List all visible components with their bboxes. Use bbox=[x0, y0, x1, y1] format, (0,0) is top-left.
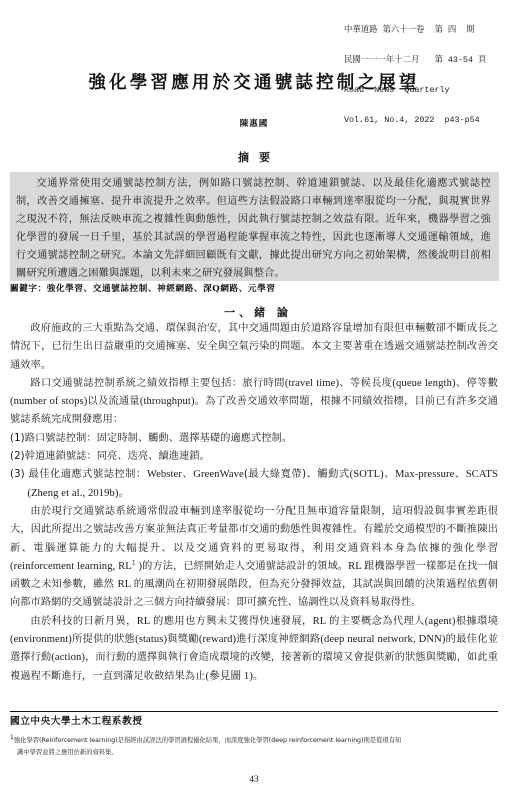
text-segment: 由於現行交通號誌系統通常假設車輛到達率服從均一分配且無車道容量限制，這項假設與事… bbox=[10, 506, 498, 554]
term-rl: RL bbox=[137, 616, 153, 627]
list-text: 路口號誌控制：固定時制、觸動、選擇基礎的適應式控制。 bbox=[25, 433, 292, 444]
term-sotl: (SOTL) bbox=[350, 469, 384, 480]
term-rl: RL bbox=[348, 561, 364, 572]
paragraph-4: 由於科技的日新月異，RL 的應用也方興未艾獲得快速發展，RL 的主要概念為代理人… bbox=[10, 613, 498, 686]
paragraph-3: 由於現行交通號誌系統通常假設車輛到達率服從均一分配且無車道容量限制，這項假設與事… bbox=[10, 503, 498, 613]
term-reinforcement-learning: (reinforcement learning, RL bbox=[10, 561, 132, 572]
text-segment: 的方法，已經開始走人交通號誌設計的領域。 bbox=[142, 561, 348, 572]
text-segment: 、等候長度 bbox=[339, 378, 392, 389]
list-number: (3) bbox=[10, 469, 29, 480]
abstract-box: 交通界常使用交通號誌控制方法，例如路口號誌控制、幹道連鎖號誌、以及最佳化適應式號… bbox=[10, 172, 499, 281]
term-rl: RL bbox=[313, 616, 329, 627]
text-segment: 由於科技的日新月異， bbox=[30, 616, 136, 627]
list-text: 最佳化適應式號誌控制： bbox=[29, 469, 147, 480]
journal-volume-issue-zh: 中華道路 第六十一卷 第 四 期 bbox=[344, 25, 486, 35]
introduction-body: 政府施政的三大重點為交通、環保與治安，其中交通問題由於道路容量增加有限但車輛數卻… bbox=[10, 320, 498, 686]
text-segment: 路口交通號誌控制系統之績效指標主要包括：旅行時間 bbox=[30, 378, 284, 389]
text-segment: 根據環境 bbox=[455, 616, 498, 627]
list-number: (2) bbox=[10, 451, 25, 462]
keywords-list: 強化學習、交通號誌控制、神經網路、深Q網路、元學習 bbox=[47, 284, 276, 294]
author-affiliation: 國立中央大學土木工程系教授 bbox=[10, 713, 143, 727]
footnote-text: 強化學習(Reinforcement learning)是指經由試誤法的學習過程… bbox=[14, 737, 401, 744]
text-segment: 、停等數 bbox=[456, 378, 498, 389]
term-action: (action) bbox=[51, 652, 85, 663]
term-rl: RL bbox=[118, 579, 134, 590]
section-heading-introduction: 一、緒 論 bbox=[0, 304, 508, 320]
list-number: (1) bbox=[10, 433, 25, 444]
page-number: 43 bbox=[0, 774, 508, 784]
list-text: 幹道連鎖號誌：同亮、迭亮、續進連鎖。 bbox=[25, 451, 210, 462]
abstract-heading: 摘要 bbox=[0, 149, 508, 165]
text-segment: 的應用也方興未艾獲得快速發展， bbox=[153, 616, 312, 627]
text-segment: 的主要概念為代理人 bbox=[329, 616, 425, 627]
term-agent: (agent) bbox=[425, 616, 456, 627]
footnote-line-1: 1強化學習(Reinforcement learning)是指經由試誤法的學習過… bbox=[10, 735, 500, 747]
term-webster: Webster bbox=[147, 469, 182, 480]
term-travel-time: (travel time) bbox=[285, 378, 339, 389]
text-segment: 以及流通量 bbox=[87, 396, 139, 407]
keywords-label: 關鍵字： bbox=[10, 284, 47, 294]
keywords: 關鍵字：強化學習、交通號誌控制、神經網路、深Q網路、元學習 bbox=[10, 282, 276, 294]
footnote-1: 1強化學習(Reinforcement learning)是指經由試誤法的學習過… bbox=[10, 735, 500, 759]
term-number-of-stops: (number of stops) bbox=[10, 396, 87, 407]
list-item-3: (3) 最佳化適應式號誌控制：Webster、GreenWave(最大綠寬帶)、… bbox=[10, 466, 498, 503]
text-segment: 所提供的狀態 bbox=[72, 634, 135, 645]
abstract-text: 交通界常使用交通號誌控制方法，例如路口號誌控制、幹道連鎖號誌、以及最佳化適應式號… bbox=[16, 175, 491, 284]
footnote-line-2: 識中學習並將之應用於新的資料集。 bbox=[10, 747, 500, 759]
paragraph-1: 政府施政的三大重點為交通、環保與治安，其中交通問題由於道路容量增加有限但車輛數卻… bbox=[10, 320, 498, 375]
text-segment: (最大綠寬帶)、觸動式 bbox=[244, 469, 350, 480]
journal-date-pages-zh: 民國一一一年十二月 第 43-54 頁 bbox=[344, 55, 486, 65]
text-segment: 與獎勵 bbox=[167, 634, 199, 645]
term-environment: (environment) bbox=[10, 634, 72, 645]
figure-reference[interactable]: (參見圖 1) bbox=[205, 671, 252, 682]
term-max-pressure: Max-pressure bbox=[395, 469, 454, 480]
paragraph-2: 路口交通號誌控制系統之績效指標主要包括：旅行時間(travel time)、等候… bbox=[10, 375, 498, 430]
text-segment: 。 bbox=[253, 671, 263, 682]
text-segment: 、 bbox=[384, 469, 395, 480]
paper-title: 強化學習應用於交通號誌控制之展望 bbox=[0, 69, 508, 94]
text-segment: 進行深度神經網路 bbox=[236, 634, 320, 645]
footnote-divider bbox=[10, 711, 498, 712]
term-reward: (reward) bbox=[199, 634, 236, 645]
term-dnn: (deep neural network, DNN) bbox=[320, 634, 445, 645]
text-segment: 、 bbox=[454, 469, 465, 480]
list-item-2: (2)幹道連鎖號誌：同亮、迭亮、續進連鎖。 bbox=[10, 448, 498, 466]
term-greenwave: GreenWave bbox=[193, 469, 244, 480]
text-segment: 。 bbox=[119, 488, 129, 499]
term-queue-length: (queue length) bbox=[392, 378, 455, 389]
list-item-1: (1)路口號誌控制：固定時制、觸動、選擇基礎的適應式控制。 bbox=[10, 430, 498, 448]
text-segment: 、 bbox=[182, 469, 193, 480]
author-name: 陳惠國 bbox=[0, 117, 508, 129]
term-status: (status) bbox=[135, 634, 167, 645]
term-throughput: (throughput) bbox=[140, 396, 195, 407]
